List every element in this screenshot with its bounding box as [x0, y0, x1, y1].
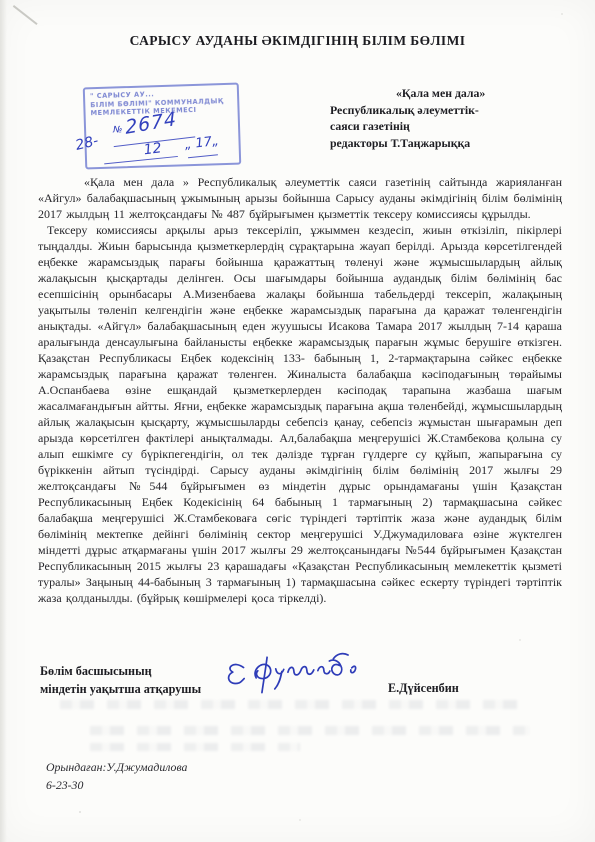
signer-role: Бөлім басшысының міндетін уақытша атқару… [40, 663, 201, 698]
executor-phone: 6-23-30 [46, 777, 187, 795]
letterhead-title: САРЫСУ АУДАНЫ ӘКІМДІГІНІҢ БІЛІМ БӨЛІМІ [0, 33, 595, 49]
executor-name: Орындаған:У.Джумадилова [46, 759, 187, 777]
bleed-through-artifact [60, 700, 528, 709]
signer-role-line2: міндетін уақытша атқарушы [40, 681, 201, 699]
registration-stamp: " САРЫСУ АУ... БІЛІМ БӨЛІМІ" КОММУНАЛДЫҚ… [83, 83, 241, 170]
addressee-line2: Республикалық әлеуметтік- [330, 102, 570, 119]
addressee-line3: саяси газетінің [330, 118, 570, 135]
paragraph-intro: «Қала мен дала » Республикалық әлеуметті… [38, 174, 562, 222]
bleed-through-artifact [90, 726, 530, 735]
signer-name: Е.Дүйсенбин [388, 681, 459, 696]
signer-role-line1: Бөлім басшысының [40, 663, 201, 681]
handwritten-signature [221, 647, 363, 700]
executor-block: Орындаған:У.Джумадилова 6-23-30 [46, 759, 187, 794]
number-sign: № [113, 125, 123, 135]
scanned-letter-page: САРЫСУ АУДАНЫ ӘКІМДІГІНІҢ БІЛІМ БӨЛІМІ "… [0, 0, 595, 842]
stamp-rule-line [188, 154, 218, 158]
handwritten-day: 28- [74, 133, 100, 154]
addressee-block: «Қала мен дала» Республикалық әлеуметтік… [330, 85, 570, 151]
letter-body: «Қала мен дала » Республикалық әлеуметті… [38, 174, 562, 606]
addressee-newspaper-name: «Қала мен дала» [330, 85, 570, 102]
paragraph-findings: Тексеру комиссиясы арқылы арыз тексерілі… [38, 222, 562, 606]
handwritten-month: 12 [143, 140, 163, 158]
scan-edge-shadow [0, 0, 7, 842]
stamp-rule-line [104, 156, 178, 164]
handwritten-year: „ 17„ [184, 134, 220, 153]
paper-fold-mark [13, 5, 38, 25]
bleed-through-artifact [90, 743, 300, 751]
addressee-line4: редакторы Т.Таңжарыққа [330, 135, 570, 152]
